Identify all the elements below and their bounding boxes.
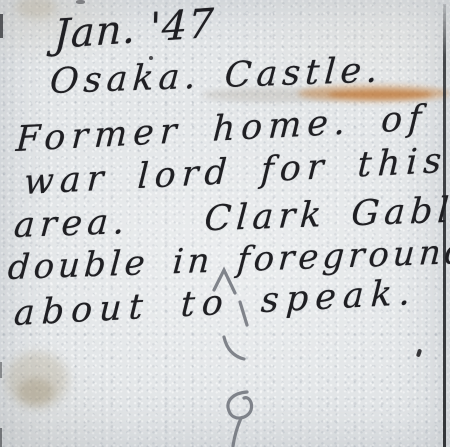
photo-back-note: Jan. '47 Osaka. Castle. Former home. of …: [0, 0, 450, 447]
left-edge-mark: [0, 362, 2, 378]
stray-ink-mark: [416, 349, 422, 358]
left-edge-mark: [0, 14, 3, 38]
bottom-left-stain: [6, 352, 68, 408]
handwriting-line-title: Osaka. Castle.: [49, 50, 384, 102]
ink-dot: [149, 56, 153, 60]
photo-edge-line: [443, 4, 446, 447]
handwriting-line-date: Jan. '47: [53, 1, 215, 58]
bottom-left-stain-core: [18, 378, 54, 405]
pencil-arrow-icon: [195, 255, 270, 447]
top-left-smudge: [16, 0, 56, 18]
left-edge-mark: [0, 428, 2, 447]
ink-fleck: [76, 0, 85, 4]
